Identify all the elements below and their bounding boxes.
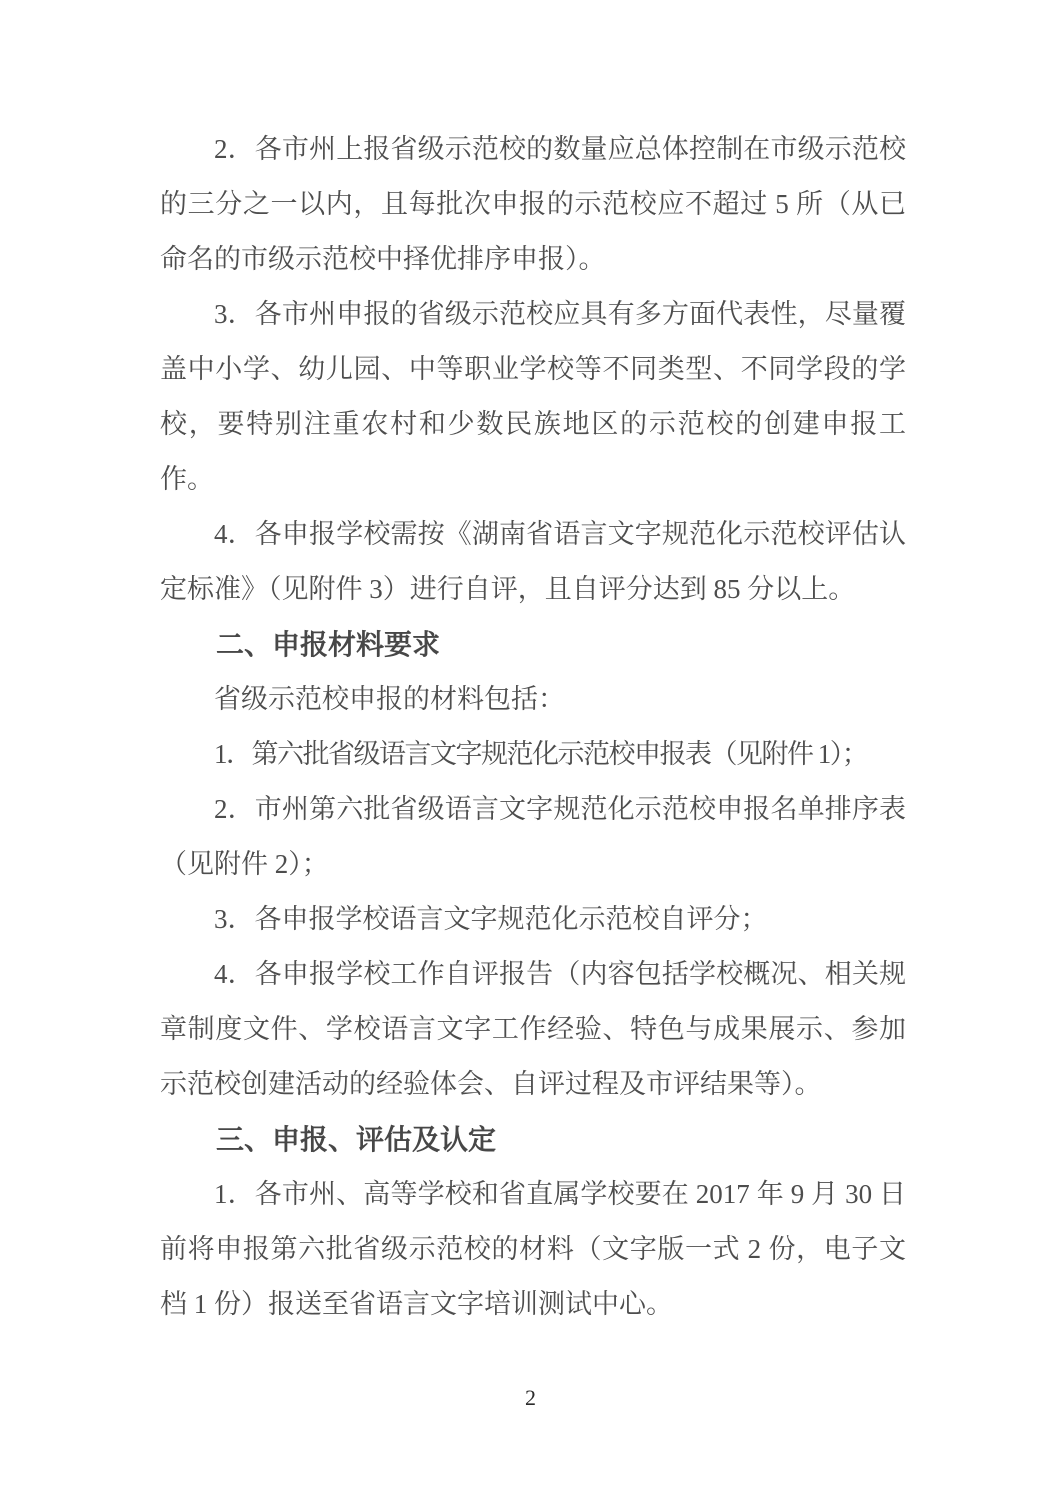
body-paragraph-materials-intro: 省级示范校申报的材料包括： [160,672,906,727]
body-paragraph-quota: 2．各市州上报省级示范校的数量应总体控制在市级示范校的三分之一以内，且每批次申报… [160,122,906,287]
section-heading-assessment: 三、申报、评估及认定 [160,1112,906,1167]
document-body: 2．各市州上报省级示范校的数量应总体控制在市级示范校的三分之一以内，且每批次申报… [160,122,906,1332]
section-heading-materials: 二、申报材料要求 [160,617,906,672]
body-paragraph-self-evaluation: 4．各申报学校需按《湖南省语言文字规范化示范校评估认定标准》（见附件 3）进行自… [160,507,906,617]
list-item-self-report: 4．各申报学校工作自评报告（内容包括学校概况、相关规章制度文件、学校语言文字工作… [160,947,906,1112]
page-number: 2 [0,1383,1061,1413]
body-paragraph-representation: 3．各市州申报的省级示范校应具有多方面代表性，尽量覆盖中小学、幼儿园、中等职业学… [160,287,906,507]
list-item-self-score: 3．各申报学校语言文字规范化示范校自评分； [160,892,906,947]
list-item-ranking-table: 2．市州第六批省级语言文字规范化示范校申报名单排序表（见附件 2）； [160,782,906,892]
list-item-application-form: 1．第六批省级语言文字规范化示范校申报表（见附件 1）； [160,727,906,782]
document-page: 2．各市州上报省级示范校的数量应总体控制在市级示范校的三分之一以内，且每批次申报… [0,0,1061,1500]
body-paragraph-deadline: 1．各市州、高等学校和省直属学校要在 2017 年 9 月 30 日前将申报第六… [160,1167,906,1332]
